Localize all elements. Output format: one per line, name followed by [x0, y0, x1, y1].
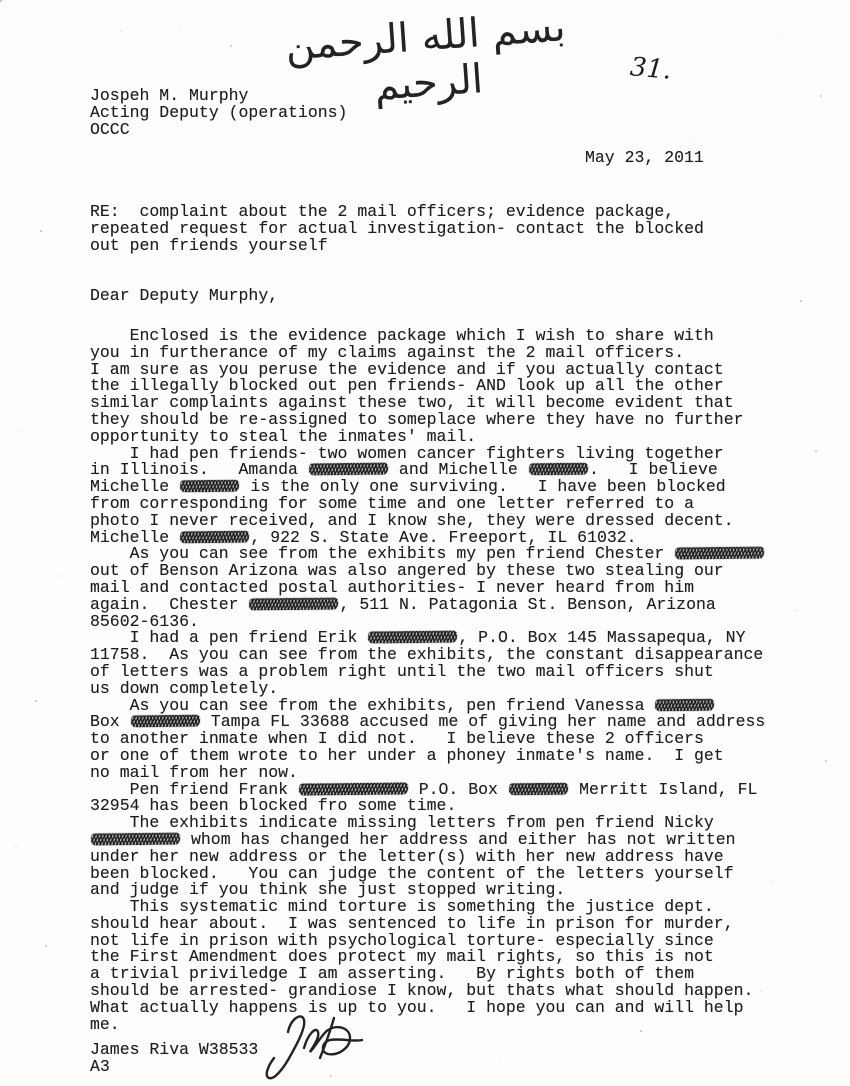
scribbled-out-name: [179, 480, 240, 493]
body-line: What actually happens is up to you. I ho…: [90, 1000, 765, 1017]
scribbled-out-name: [655, 698, 716, 711]
handwritten-page-number: 31.: [629, 52, 673, 85]
scribbled-out-name: [367, 631, 458, 644]
body-line: us down completely.: [90, 681, 765, 698]
scribbled-out-name: [674, 547, 765, 560]
scribbled-out-name: [90, 832, 181, 845]
body-line: me.: [90, 1017, 765, 1034]
addressee-block: Jospeh M. Murphy Acting Deputy (operatio…: [90, 88, 347, 138]
re-subject-block: RE: complaint about the 2 mail officers;…: [90, 204, 704, 254]
scribbled-out-name: [308, 463, 389, 476]
scribbled-out-name: [528, 463, 589, 476]
scanned-letter-page: بسم الله الرحمن الرحيم 31. Jospeh M. Mur…: [0, 0, 850, 1086]
scribbled-out-name: [508, 782, 569, 795]
body-line: under her new address or the letter(s) w…: [90, 849, 765, 866]
handwritten-signature-scribble: [258, 1008, 368, 1084]
body-line: no mail from her now.: [90, 765, 765, 782]
salutation: Dear Deputy Murphy,: [90, 288, 278, 305]
letter-date: May 23, 2011: [585, 150, 704, 167]
scribbled-out-name: [179, 530, 250, 543]
letter-body: Enclosed is the evidence package which I…: [90, 328, 765, 1033]
scribbled-out-name: [249, 597, 340, 610]
scribbled-out-name: [130, 715, 201, 728]
scribbled-out-name: [298, 782, 409, 795]
signature-block: James Riva W38533 A3: [90, 1042, 258, 1076]
